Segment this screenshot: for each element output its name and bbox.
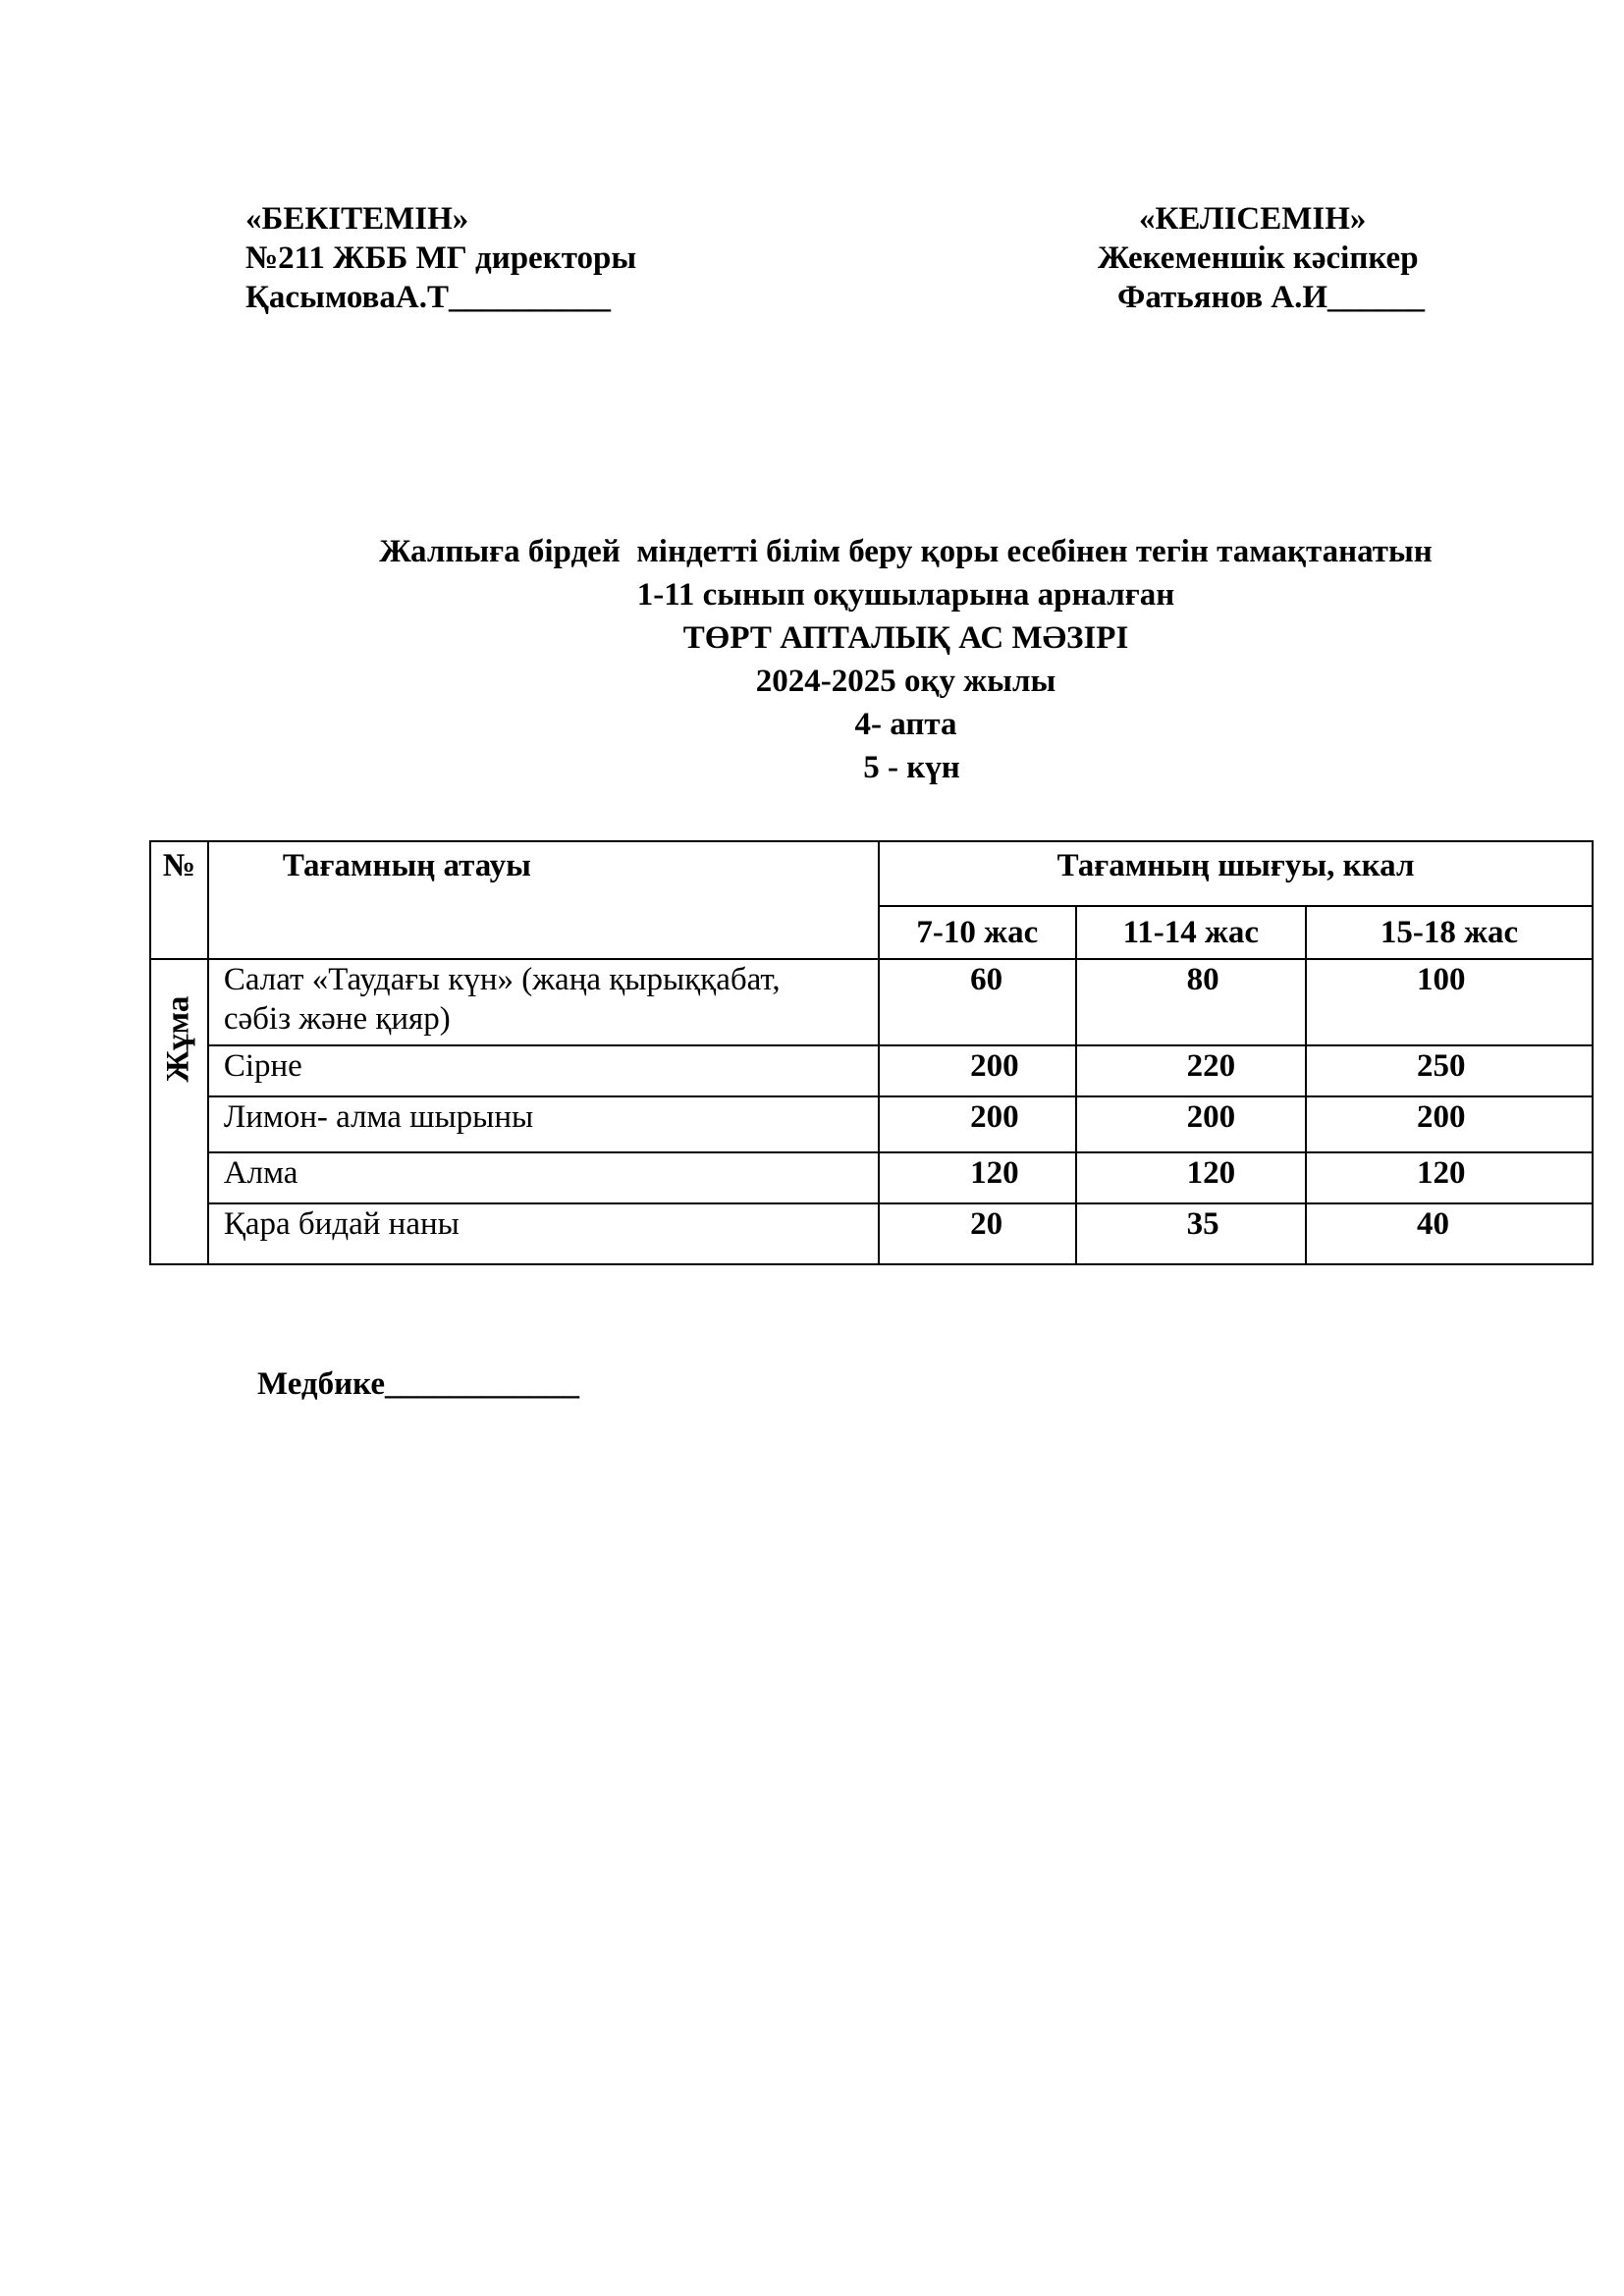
- title-line-3: ТӨРТ АПТАЛЫҚ АС МӘЗІРІ: [147, 616, 1624, 660]
- approval-block-right: «КЕЛІСЕМІН» Жекеменшік кәсіпкер Фатьянов…: [1098, 199, 1425, 317]
- dish-name-line-2: сәбіз және қияр): [224, 999, 878, 1039]
- kcal-11-14: 120: [1076, 1152, 1306, 1203]
- title-line-4: 2024-2025 оқу жылы: [147, 660, 1624, 703]
- dish-name: Сірне: [208, 1045, 879, 1096]
- header-age-15-18: 15-18 жас: [1306, 906, 1593, 959]
- kcal-15-18: 120: [1306, 1152, 1593, 1203]
- table-row: Лимон- алма шырыны 200 200 200: [150, 1096, 1593, 1152]
- day-cell: Жұма: [150, 959, 208, 1264]
- title-line-2: 1-11 сынып оқушыларына арналған: [147, 573, 1624, 616]
- agreer-signature-line: Фатьянов А.И______: [1098, 278, 1425, 317]
- kcal-15-18: 100: [1306, 959, 1593, 1045]
- header-age-7-10: 7-10 жас: [879, 906, 1076, 959]
- table-row: Қара бидай наны 20 35 40: [150, 1203, 1593, 1264]
- agreer-position: Жекеменшік кәсіпкер: [1098, 239, 1425, 278]
- table-row: Жұма Салат «Таудағы күн» (жаңа қырыққаба…: [150, 959, 1593, 1045]
- header-age-11-14: 11-14 жас: [1076, 906, 1306, 959]
- kcal-11-14: 35: [1076, 1203, 1306, 1264]
- kcal-7-10: 120: [879, 1152, 1076, 1203]
- kcal-15-18: 40: [1306, 1203, 1593, 1264]
- approval-block-left: «БЕКІТЕМІН» №211 ЖББ МГ директоры Қасымо…: [245, 199, 636, 317]
- dish-name: Қара бидай наны: [208, 1203, 879, 1264]
- kcal-7-10: 60: [879, 959, 1076, 1045]
- header-number: №: [150, 841, 208, 959]
- approver-signature-line: ҚасымоваА.Т__________: [245, 278, 636, 317]
- approver-position: №211 ЖББ МГ директоры: [245, 239, 636, 278]
- approve-heading: «БЕКІТЕМІН»: [245, 199, 636, 239]
- kcal-15-18: 250: [1306, 1045, 1593, 1096]
- header-dish-name: Тағамның атауы: [208, 841, 879, 959]
- header-yield: Тағамның шығуы, ккал: [879, 841, 1593, 906]
- menu-table: № Тағамның атауы Тағамның шығуы, ккал 7-…: [149, 840, 1594, 1265]
- title-line-1: Жалпыға бірдей міндетті білім беру қоры …: [147, 530, 1624, 573]
- nurse-signature-line: Медбике____________: [257, 1366, 579, 1403]
- kcal-15-18: 200: [1306, 1096, 1593, 1152]
- kcal-11-14: 200: [1076, 1096, 1306, 1152]
- dish-name: Алма: [208, 1152, 879, 1203]
- kcal-11-14: 220: [1076, 1045, 1306, 1096]
- agree-heading: «КЕЛІСЕМІН»: [1098, 199, 1425, 239]
- document-title: Жалпыға бірдей міндетті білім беру қоры …: [147, 530, 1624, 789]
- kcal-11-14: 80: [1076, 959, 1306, 1045]
- day-label: Жұма: [161, 996, 197, 1083]
- week-label: 4- апта: [147, 703, 1624, 746]
- day-number-label: 5 - күн: [147, 746, 1624, 789]
- dish-name: Салат «Таудағы күн» (жаңа қырыққабат, сә…: [208, 959, 879, 1045]
- kcal-7-10: 200: [879, 1096, 1076, 1152]
- kcal-7-10: 200: [879, 1045, 1076, 1096]
- dish-name: Лимон- алма шырыны: [208, 1096, 879, 1152]
- dish-name-line-1: Салат «Таудағы күн» (жаңа қырыққабат,: [224, 960, 878, 999]
- table-row: Сірне 200 220 250: [150, 1045, 1593, 1096]
- kcal-7-10: 20: [879, 1203, 1076, 1264]
- table-row: Алма 120 120 120: [150, 1152, 1593, 1203]
